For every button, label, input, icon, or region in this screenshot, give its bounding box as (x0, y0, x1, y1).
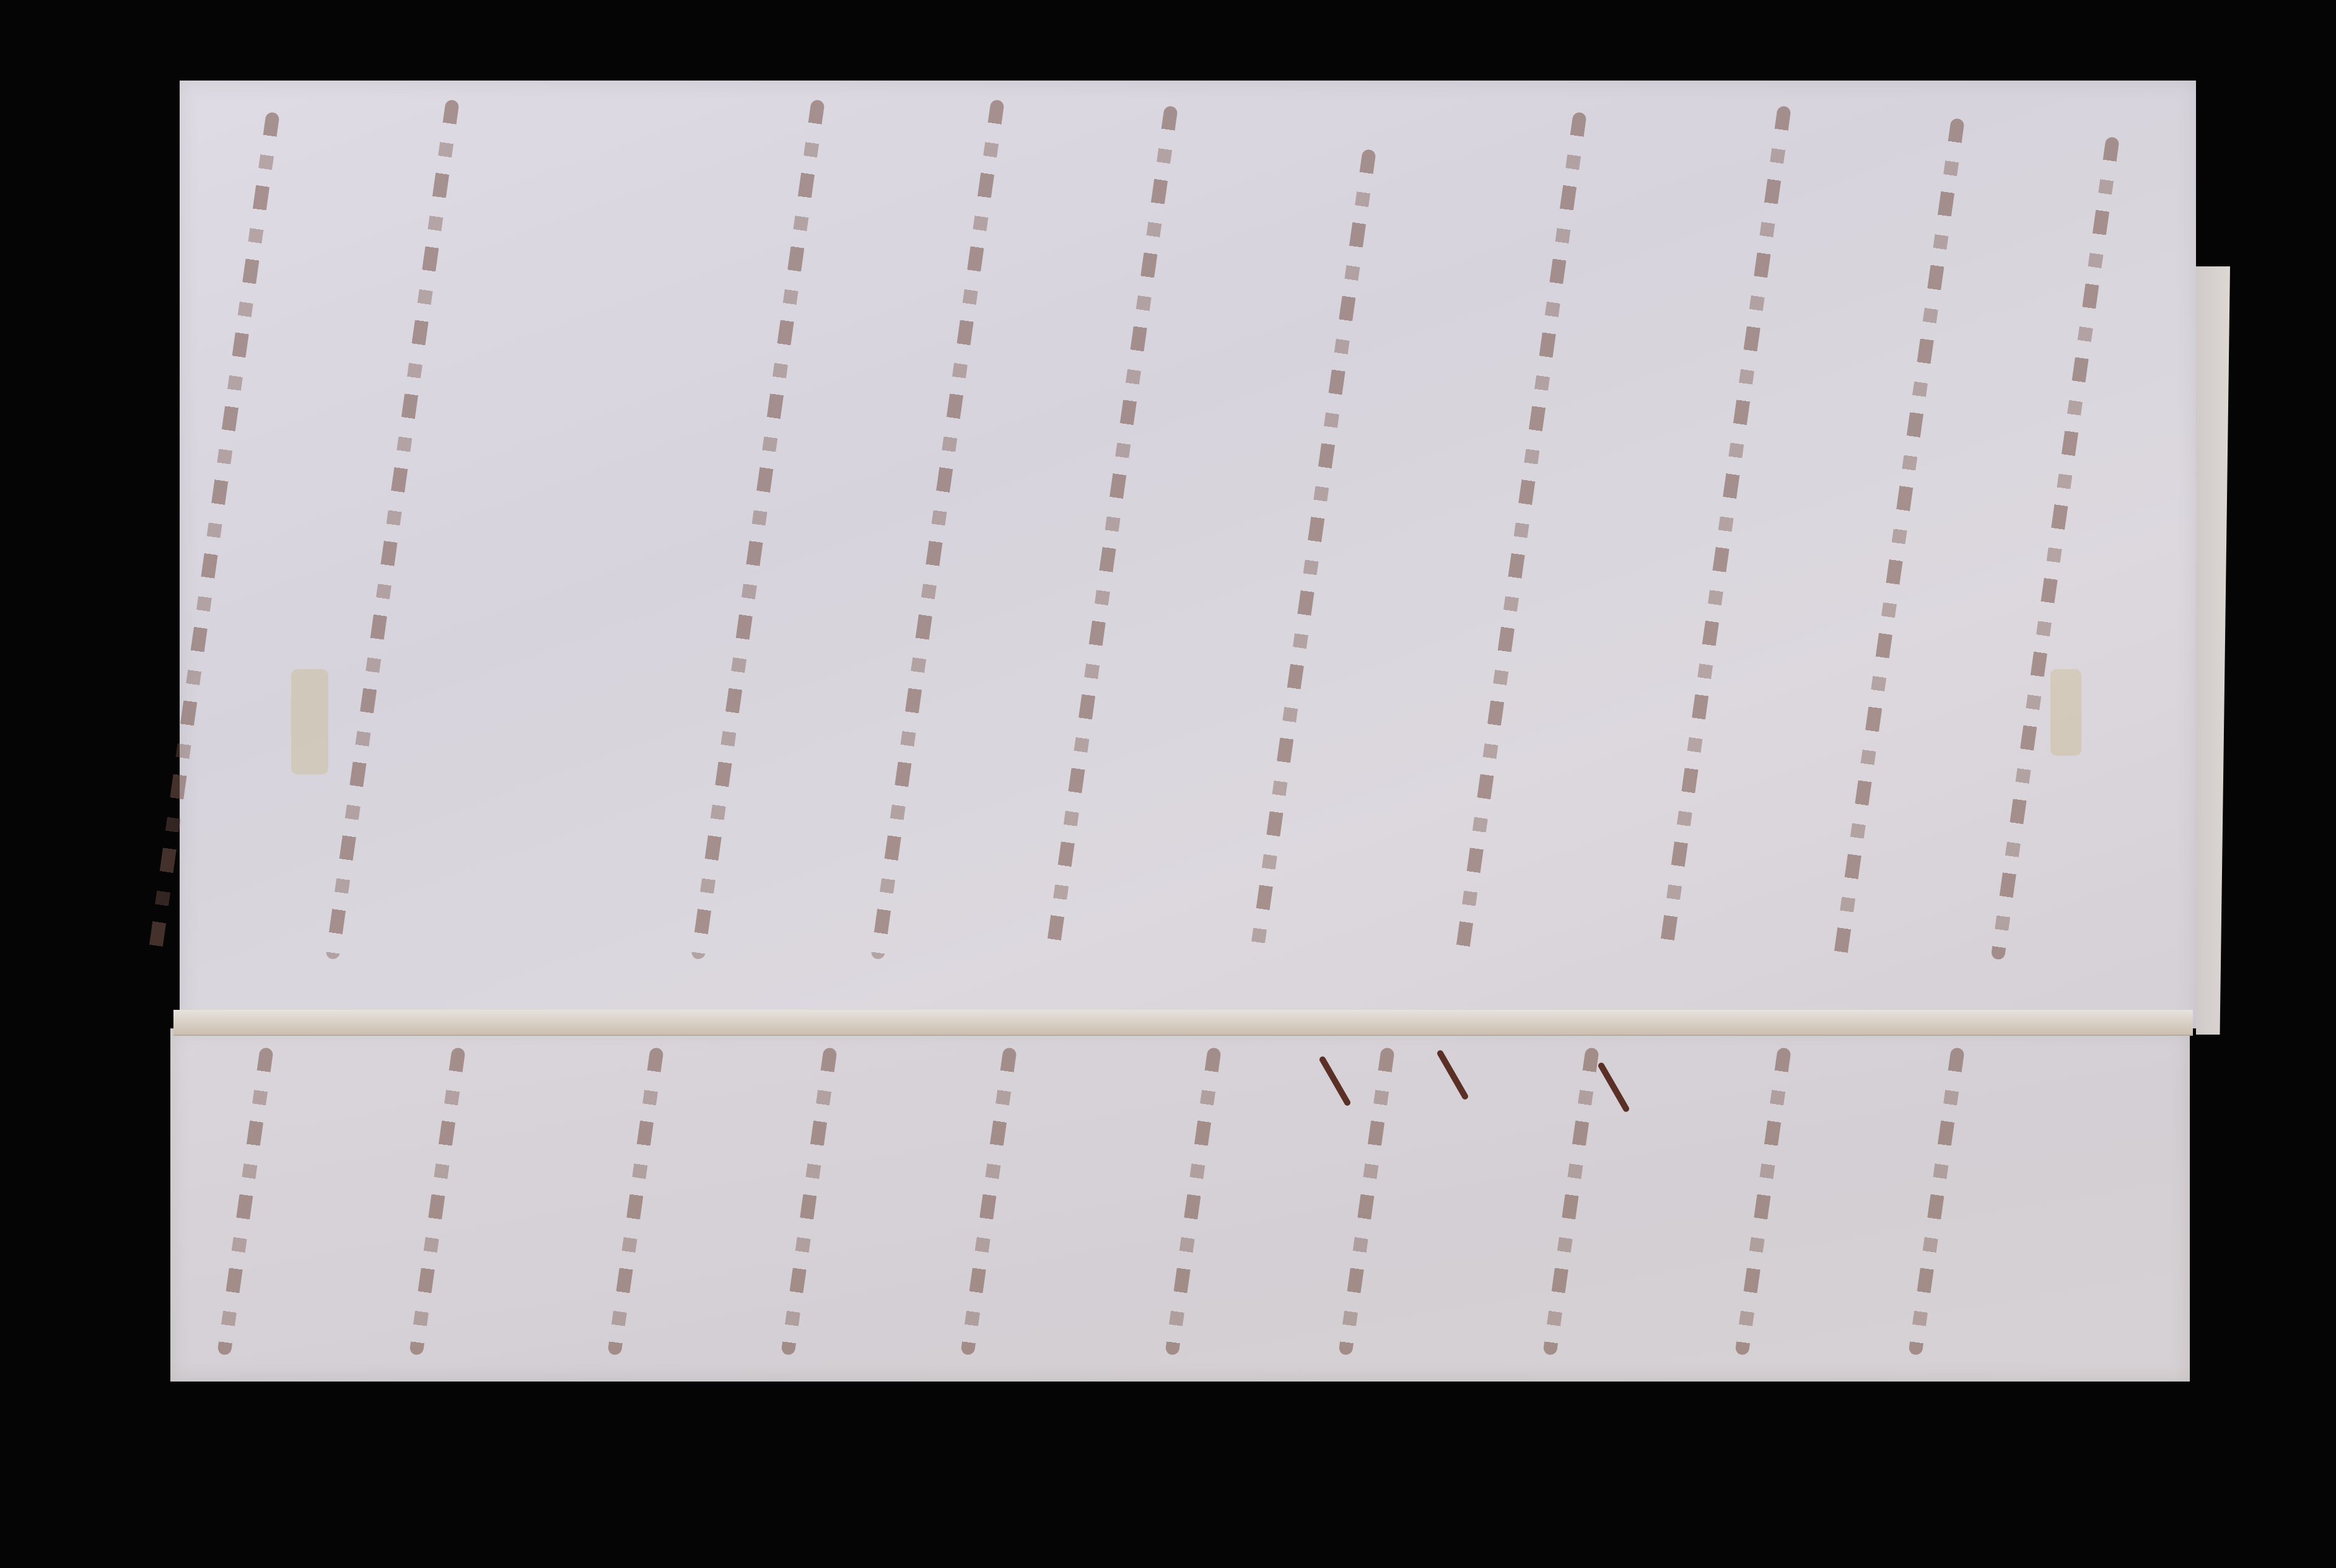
fold-crease (173, 1010, 2193, 1036)
paper-stain (291, 669, 328, 774)
paper-stain (2050, 669, 2081, 756)
letter-side-flap (2196, 266, 2230, 1035)
